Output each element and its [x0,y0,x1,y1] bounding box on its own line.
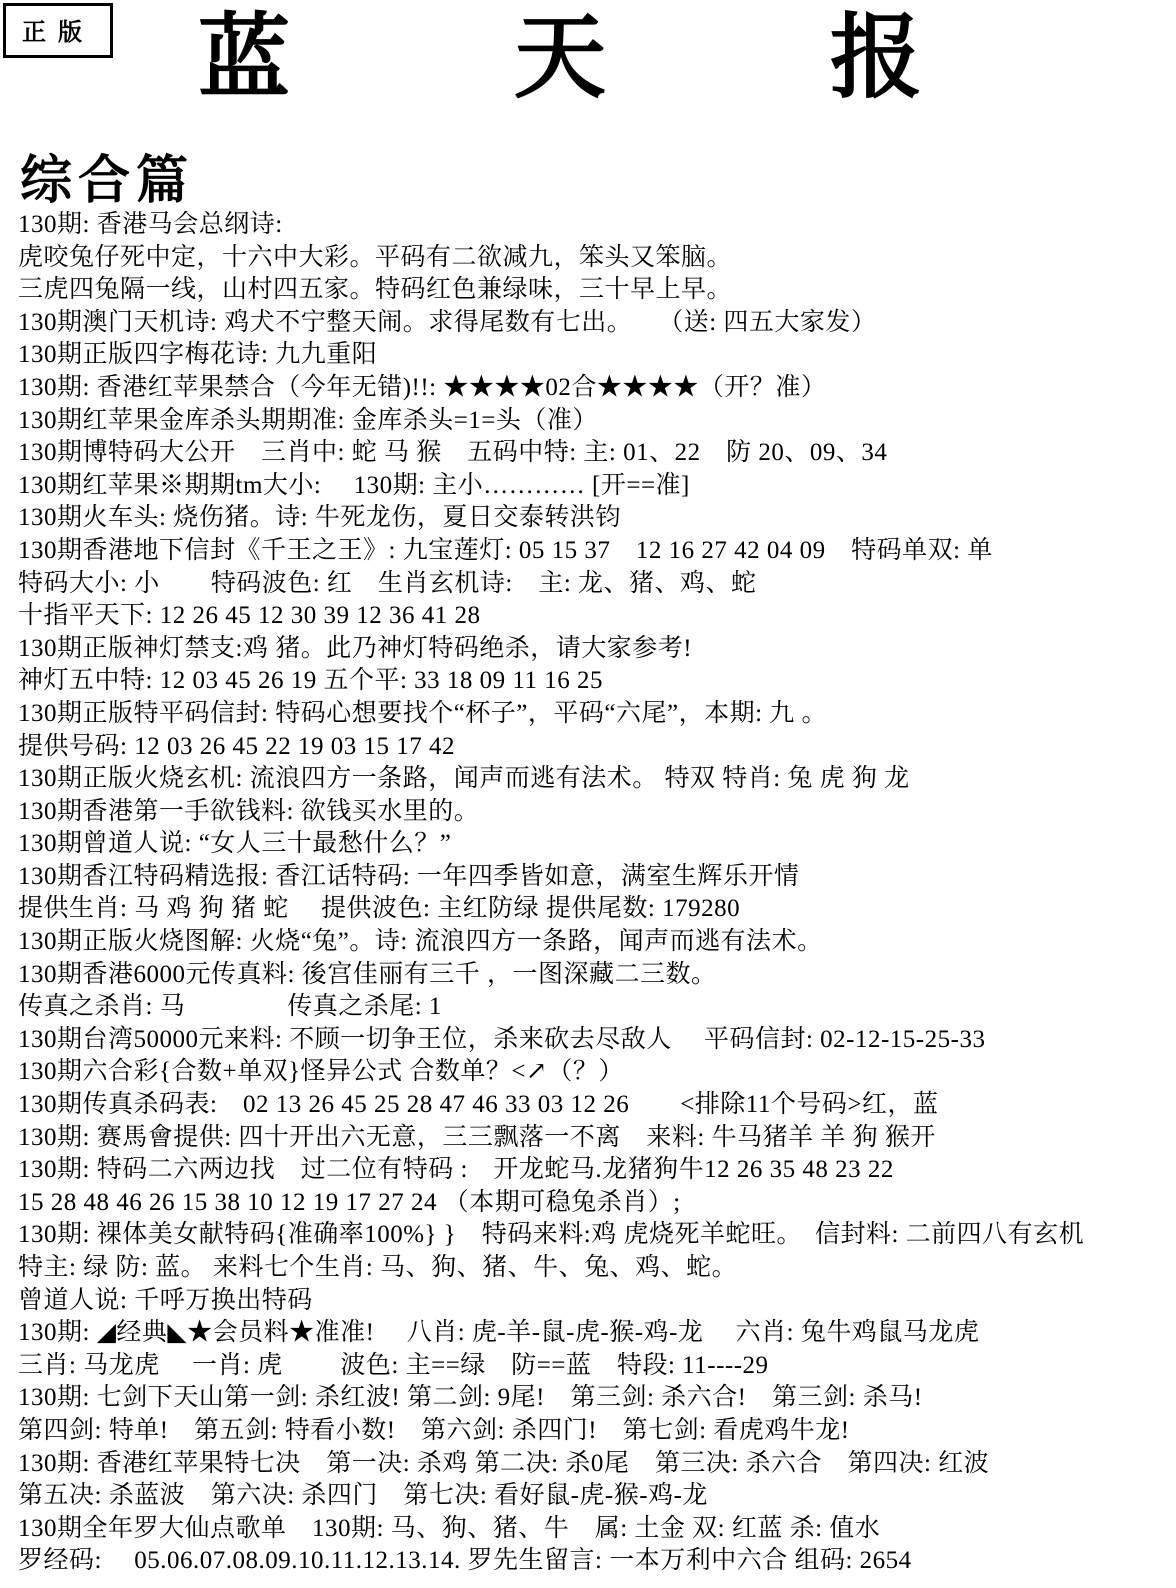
text-line: 130期: 赛馬會提供: 四十开出六无意，三三飘落一不离 来料: 牛马猪羊 羊 … [18,1122,1168,1155]
text-line: 130期曾道人说: “女人三十最愁什么？” [18,828,1168,861]
text-line: 第四剑: 特单! 第五剑: 特看小数! 第六剑: 杀四门! 第七剑: 看虎鸡牛龙… [18,1415,1168,1448]
text-line: 130期香港第一手欲钱料: 欲钱买水里的。 [18,796,1168,829]
text-line: 130期六合彩{合数+单双}怪异公式 合数单？<↗（？） [18,1056,1168,1089]
text-line: 130期: 香港马会总纲诗: [18,209,1168,242]
text-line: 提供生肖: 马 鸡 狗 猪 蛇 提供波色: 主红防绿 提供尾数: 179280 [18,893,1168,926]
text-line: 130期红苹果金库杀头期期准: 金库杀头=1=头（准） [18,405,1168,438]
text-line: 神灯五中特: 12 03 45 26 19 五个平: 33 18 09 11 1… [18,665,1168,698]
text-line: 15 28 48 46 26 15 38 10 12 19 17 27 24 （… [18,1187,1168,1220]
text-line: 130期: 七剑下天山第一剑: 杀红波! 第二剑: 9尾! 第三剑: 杀六合! … [18,1382,1168,1415]
text-line: 三虎四兔隔一线，山村四五家。特码红色兼绿味，三十早上早。 [18,274,1168,307]
newspaper-title: 蓝 天 报 [198,8,922,108]
text-line: 130期正版神灯禁支:鸡 猪。此乃神灯特码绝杀，请大家参考! [18,633,1168,666]
section-heading: 综合篇 [20,138,194,213]
title-char-3: 报 [830,8,922,108]
text-line: 特主: 绿 防: 蓝。 来料七个生肖: 马、狗、猪、牛、兔、鸡、蛇。 [18,1252,1168,1285]
content-lines: 130期: 香港马会总纲诗:虎咬兔仔死中定，十六中大彩。平码有二欲减九，笨头又笨… [18,209,1168,1578]
title-char-2: 天 [514,8,606,108]
text-line: 虎咬兔仔死中定，十六中大彩。平码有二欲减九，笨头又笨脑。 [18,242,1168,275]
text-line: 130期正版火烧图解: 火烧“兔”。诗: 流浪四方一条路，闻声而逃有法术。 [18,926,1168,959]
text-line: 130期香江特码精选报: 香江话特码: 一年四季皆如意，满室生辉乐开情 [18,861,1168,894]
text-line: 130期: 特码二六两边找 过二位有特码 : 开龙蛇马.龙猪狗牛12 26 35… [18,1154,1168,1187]
text-line: 130期: ◢经典◣★会员料★准准! 八肖: 虎-羊-鼠-虎-猴-鸡-龙 六肖:… [18,1317,1168,1350]
text-line: 罗经码: 05.06.07.08.09.10.11.12.13.14. 罗先生留… [18,1545,1168,1578]
text-line: 130期全年罗大仙点歌单 130期: 马、狗、猪、牛 属: 土金 双: 红蓝 杀… [18,1513,1168,1546]
text-line: 130期火车头: 烧伤猪。诗: 牛死龙伤，夏日交泰转洪钧 [18,502,1168,535]
text-line: 130期香港地下信封《千王之王》: 九宝莲灯: 05 15 37 12 16 2… [18,535,1168,568]
text-line: 提供号码: 12 03 26 45 22 19 03 15 17 42 [18,731,1168,764]
text-line: 130期正版火烧玄机: 流浪四方一条路，闻声而逃有法术。 特双 特肖: 兔 虎 … [18,763,1168,796]
text-line: 130期博特码大公开 三肖中: 蛇 马 猴 五码中特: 主: 01、22 防 2… [18,437,1168,470]
text-line: 130期: 香港红苹果禁合（今年无错)!!: ★★★★02合★★★★（开？准） [18,372,1168,405]
title-char-1: 蓝 [198,8,290,108]
text-line: 传真之杀肖: 马 传真之杀尾: 1 [18,991,1168,1024]
text-line: 130期香港6000元传真料: 後宫佳丽有三千 ，一图深藏二三数。 [18,959,1168,992]
authentic-edition-badge: 正版 [3,3,113,58]
text-line: 130期: 裸体美女献特码{准确率100%} } 特码来料:鸡 虎烧死羊蛇旺。 … [18,1219,1168,1252]
text-line: 130期传真杀码表: 02 13 26 45 25 28 47 46 33 03… [18,1089,1168,1122]
text-line: 130期红苹果※期期tm大小: 130期: 主小………… [开==准] [18,470,1168,503]
text-line: 130期澳门天机诗: 鸡犬不宁整天闹。求得尾数有七出。 （送: 四五大家发） [18,307,1168,340]
text-line: 第五决: 杀蓝波 第六决: 杀四门 第七决: 看好鼠-虎-猴-鸡-龙 [18,1480,1168,1513]
text-line: 三肖: 马龙虎 一肖: 虎 波色: 主==绿 防==蓝 特段: 11----29 [18,1350,1168,1383]
text-line: 特码大小: 小 特码波色: 红 生肖玄机诗: 主: 龙、猪、鸡、蛇 [18,568,1168,601]
text-line: 130期台湾50000元来料: 不顾一切争王位，杀来砍去尽敌人 平码信封: 02… [18,1024,1168,1057]
text-line: 130期正版四字梅花诗: 九九重阳 [18,339,1168,372]
text-line: 曾道人说: 千呼万换出特码 [18,1285,1168,1318]
text-line: 十指平天下: 12 26 45 12 30 39 12 36 41 28 [18,600,1168,633]
text-line: 130期: 香港红苹果特七决 第一决: 杀鸡 第二决: 杀0尾 第三决: 杀六合… [18,1448,1168,1481]
text-line: 130期正版特平码信封: 特码心想要找个“杯子”，平码“六尾”，本期: 九 。 [18,698,1168,731]
